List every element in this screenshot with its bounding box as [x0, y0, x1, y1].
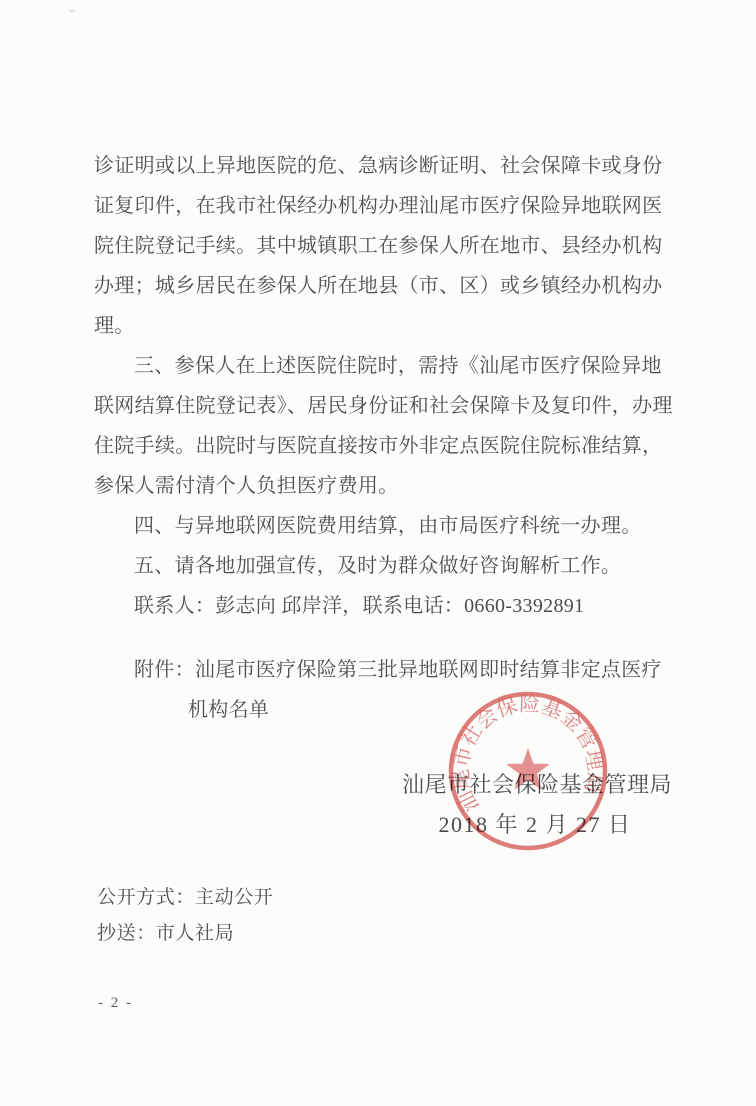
- text-line: 联系人：彭志向 邱岸洋，联系电话：0660-3392891: [94, 586, 672, 626]
- text-line: 诊证明或以上异地医院的危、急病诊断证明、社会保障卡或身份: [94, 146, 672, 186]
- document-page: 诊证明或以上异地医院的危、急病诊断证明、社会保障卡或身份证复印件，在我市社保经办…: [0, 0, 756, 1106]
- publicity-method: 公开方式：主动公开: [97, 880, 273, 916]
- text-line: 参保人需付清个人负担医疗费用。: [94, 466, 672, 506]
- copy-to: 抄送：市人社局: [97, 916, 234, 952]
- text-line: 三、参保人在上述医院住院时，需持《汕尾市医疗保险异地: [94, 346, 672, 386]
- official-seal-icon: 汕尾市社会保险基金管理局: [442, 685, 614, 857]
- body-text: 诊证明或以上异地医院的危、急病诊断证明、社会保障卡或身份证复印件，在我市社保经办…: [94, 146, 672, 626]
- text-line: 办理；城乡居民在参保人所在地县（市、区）或乡镇经办机构办: [94, 266, 672, 306]
- text-line: 附件：汕尾市医疗保险第三批异地联网即时结算非定点医疗: [94, 650, 672, 690]
- page-number: - 2 -: [98, 995, 133, 1012]
- text-line: 院住院登记手续。其中城镇职工在参保人所在地市、县经办机构: [94, 226, 672, 266]
- seal-ring-text: 汕尾市社会保险基金管理局: [442, 685, 611, 817]
- text-line: 证复印件，在我市社保经办机构办理汕尾市医疗保险异地联网医: [94, 186, 672, 226]
- text-line: 联网结算住院登记表》、居民身份证和社会保障卡及复印件，办理: [94, 386, 672, 426]
- text-line: 五、请各地加强宣传，及时为群众做好咨询解析工作。: [94, 546, 672, 586]
- scan-smudge: [68, 8, 76, 14]
- text-line: 四、与异地联网医院费用结算，由市局医疗科统一办理。: [94, 506, 672, 546]
- text-line: 理。: [94, 306, 672, 346]
- seal-star-icon: [506, 748, 550, 790]
- text-line: 住院手续。出院时与医院直接按市外非定点医院住院标准结算，: [94, 426, 672, 466]
